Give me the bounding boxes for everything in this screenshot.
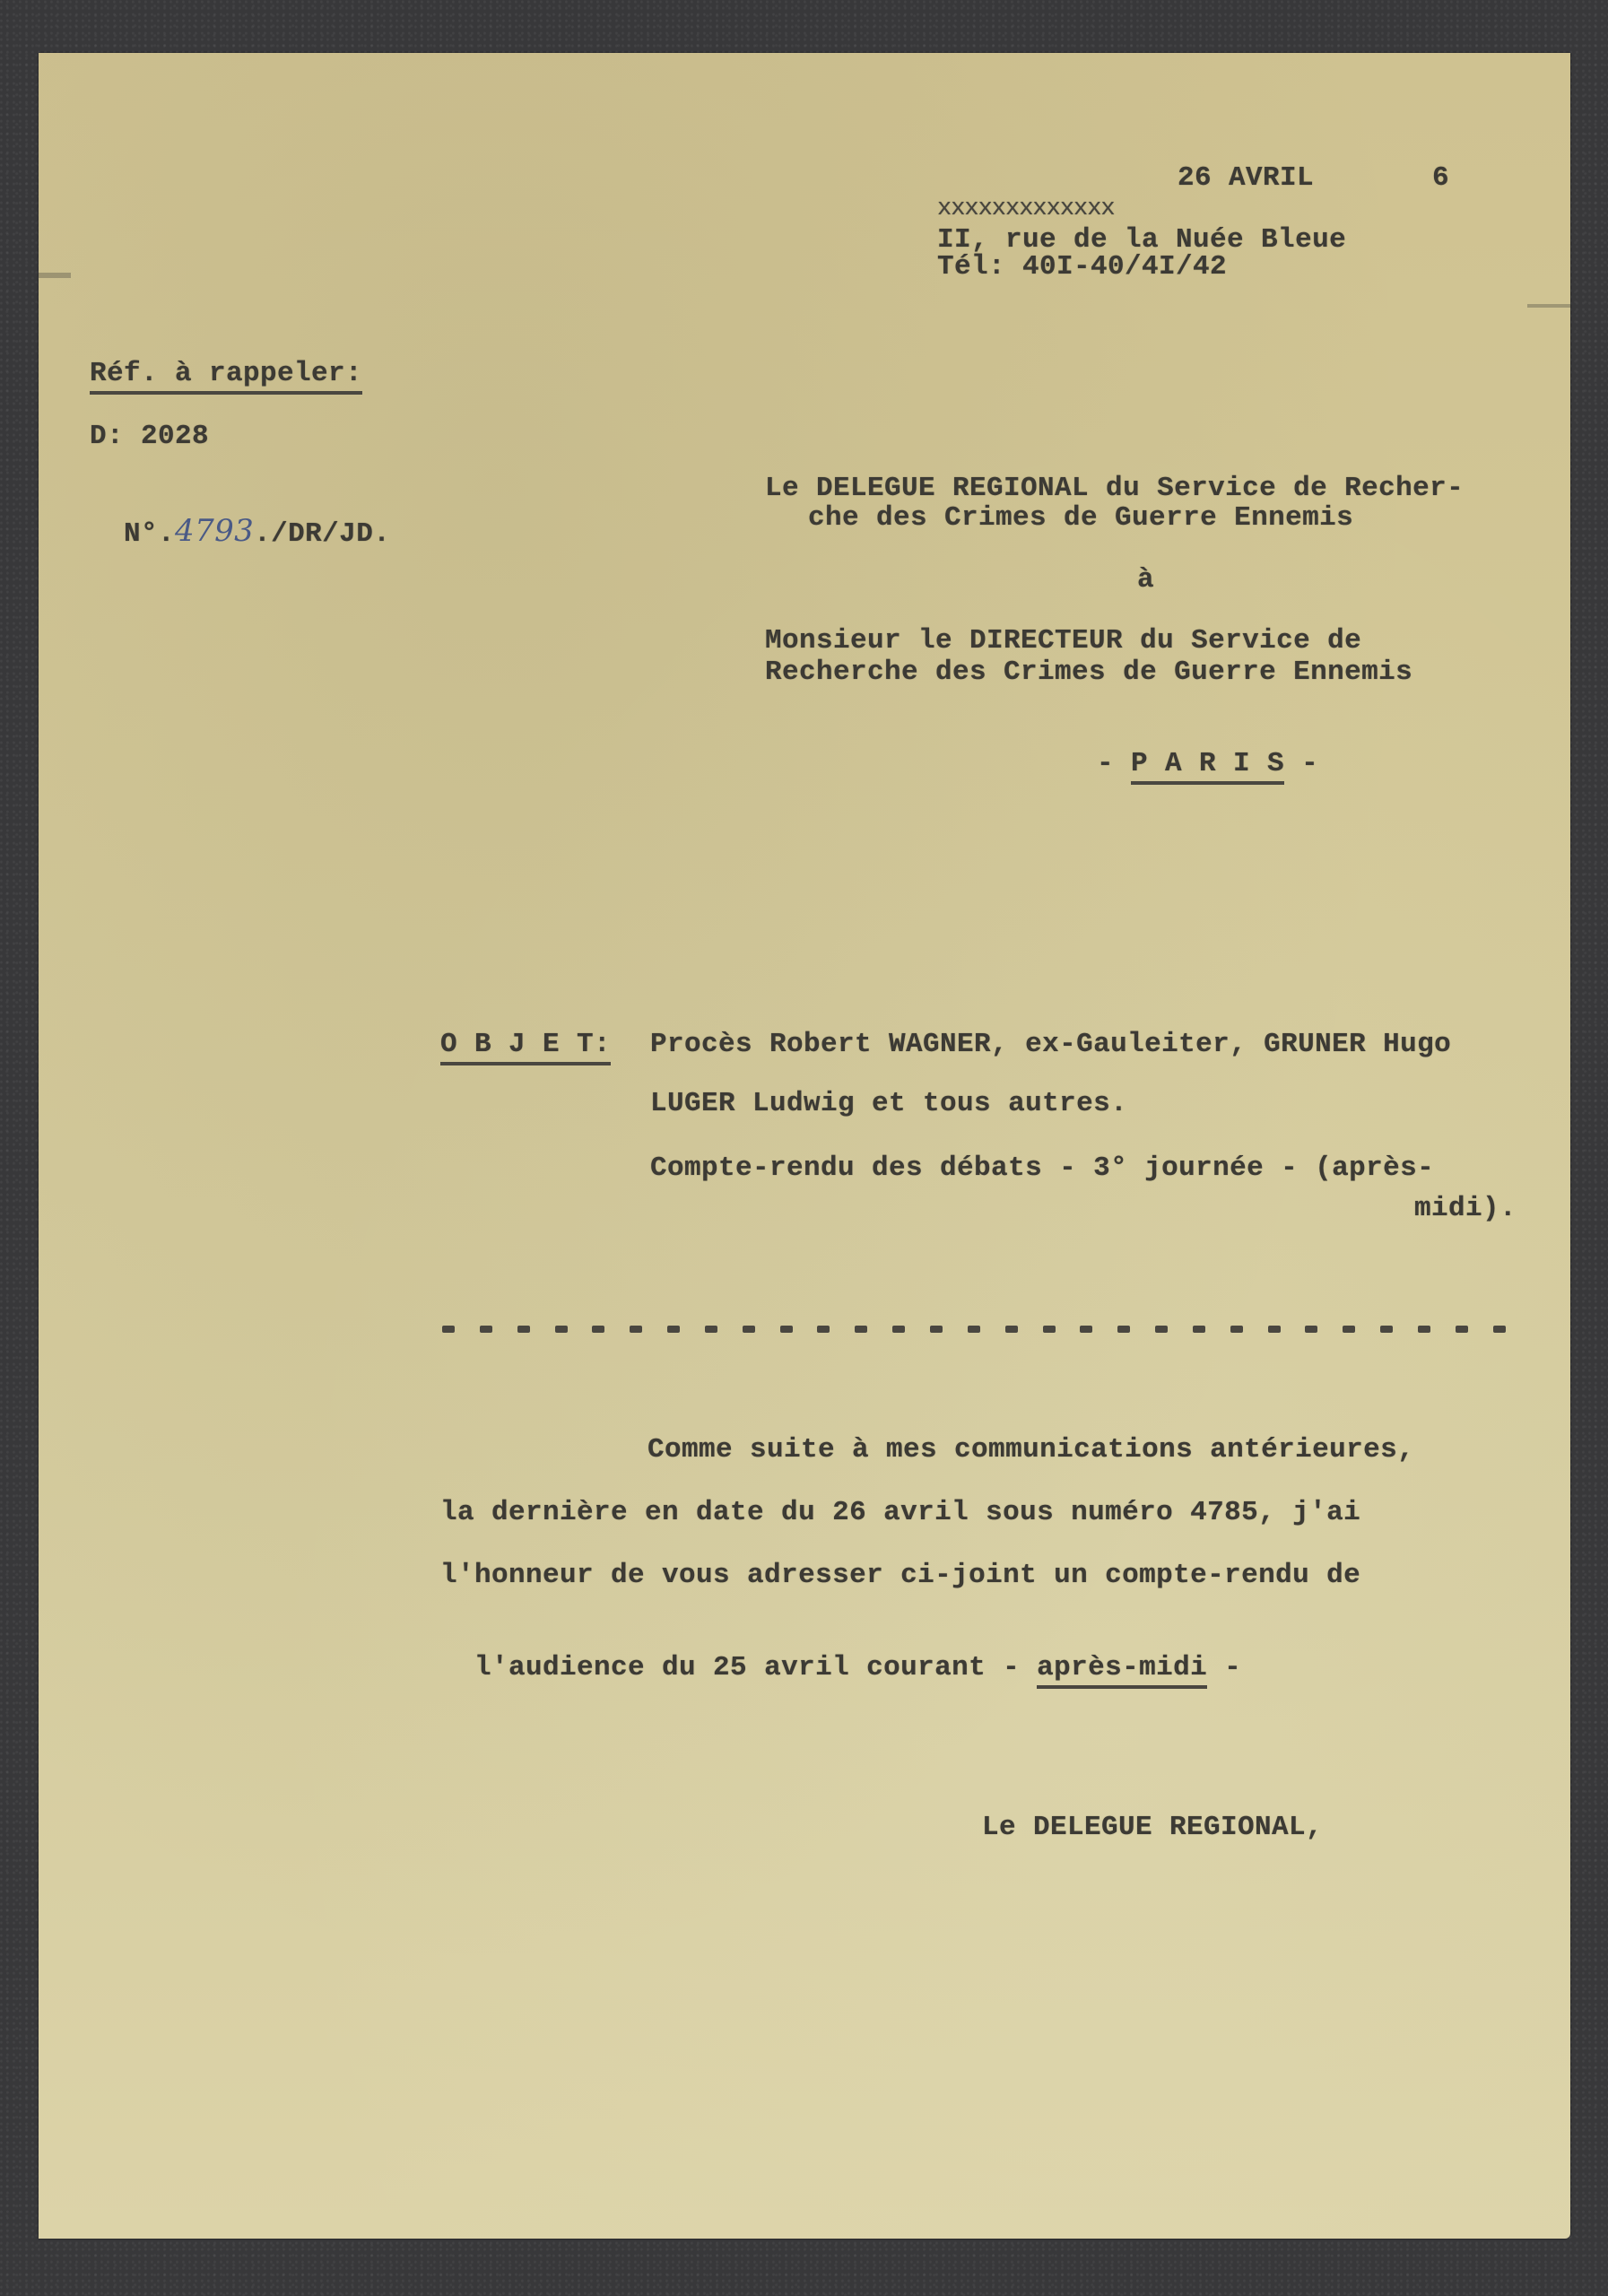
header-date: 26 AVRIL: [1178, 163, 1314, 194]
separator-dash: [1456, 1326, 1468, 1333]
recipient-city: - P A R I S -: [1063, 718, 1318, 779]
separator-dash: [1418, 1326, 1430, 1333]
separator-dash: [1155, 1326, 1168, 1333]
separator-dash: [592, 1326, 604, 1333]
separator-dash: [667, 1326, 680, 1333]
separator-dash: [1493, 1326, 1506, 1333]
separator-dash: [1380, 1326, 1393, 1333]
separator-dash: [1043, 1326, 1056, 1333]
header-telephone: Tél: 40I-40/4I/42: [937, 252, 1227, 283]
separator-dash: [705, 1326, 717, 1333]
margin-mark-left: [39, 273, 71, 278]
separator-dash: [442, 1326, 455, 1333]
reference-number-prefix: N°.: [124, 518, 175, 550]
sender-line-1: Le DELEGUE REGIONAL du Service de Recher…: [765, 474, 1464, 504]
recipient-city-prefix: -: [1097, 748, 1131, 779]
body-line-4-start: l'audience du 25 avril courant -: [474, 1652, 1037, 1683]
subject-line-2: LUGER Ludwig et tous autres.: [650, 1089, 1127, 1119]
body-line-4-underlined: après-midi: [1037, 1652, 1207, 1689]
separator-dash: [1005, 1326, 1018, 1333]
reference-label: Réf. à rappeler:: [90, 359, 362, 389]
reference-number: N°.4793./DR/JD.: [90, 485, 390, 550]
separator-dash: [892, 1326, 905, 1333]
separator-dash: [780, 1326, 793, 1333]
separator-dash: [480, 1326, 492, 1333]
reference-dossier: D: 2028: [90, 422, 209, 452]
body-line-2: la dernière en date du 26 avril sous num…: [440, 1498, 1360, 1528]
subject-line-3: Compte-rendu des débats - 3° journée - (…: [650, 1153, 1434, 1184]
to-word: à: [1137, 565, 1154, 596]
separator-dash: [1080, 1326, 1092, 1333]
separator-dash: [555, 1326, 568, 1333]
separator-dash: [1305, 1326, 1317, 1333]
separator-dashed-line: [442, 1326, 1506, 1333]
signature-line: Le DELEGUE REGIONAL,: [982, 1813, 1323, 1843]
separator-dash: [1230, 1326, 1243, 1333]
sender-line-2: che des Crimes de Guerre Ennemis: [808, 503, 1353, 534]
recipient-city-suffix: -: [1284, 748, 1318, 779]
separator-dash: [630, 1326, 642, 1333]
separator-dash: [743, 1326, 755, 1333]
separator-dash: [1117, 1326, 1130, 1333]
separator-dash: [517, 1326, 530, 1333]
separator-dash: [855, 1326, 867, 1333]
separator-dash: [1193, 1326, 1205, 1333]
separator-dash: [1268, 1326, 1281, 1333]
separator-dash: [968, 1326, 980, 1333]
separator-dash: [930, 1326, 943, 1333]
reference-label-text: Réf. à rappeler:: [90, 358, 362, 395]
recipient-line-2: Recherche des Crimes de Guerre Ennemis: [765, 657, 1412, 688]
body-line-4-end: -: [1207, 1652, 1241, 1683]
recipient-line-1: Monsieur le DIRECTEUR du Service de: [765, 626, 1361, 657]
body-line-1: Comme suite à mes communications antérie…: [648, 1435, 1414, 1465]
page-number: 6: [1432, 163, 1449, 194]
subject-line-1: Procès Robert WAGNER, ex-Gauleiter, GRUN…: [650, 1030, 1451, 1060]
body-line-4: l'audience du 25 avril courant - après-m…: [440, 1622, 1241, 1683]
margin-mark-right: [1527, 304, 1570, 308]
body-line-3: l'honneur de vous adresser ci-joint un c…: [440, 1561, 1360, 1591]
separator-dash: [1343, 1326, 1355, 1333]
reference-number-handwritten: 4793: [175, 513, 254, 549]
separator-dash: [817, 1326, 830, 1333]
recipient-city-name: P A R I S: [1131, 748, 1284, 785]
struck-line: xxxxxxxxxxxxx: [937, 194, 1115, 224]
subject-label-text: O B J E T:: [440, 1029, 611, 1065]
subject-line-4: midi).: [1414, 1194, 1517, 1224]
subject-label: O B J E T:: [440, 1030, 611, 1060]
reference-number-suffix: ./DR/JD.: [254, 518, 390, 550]
